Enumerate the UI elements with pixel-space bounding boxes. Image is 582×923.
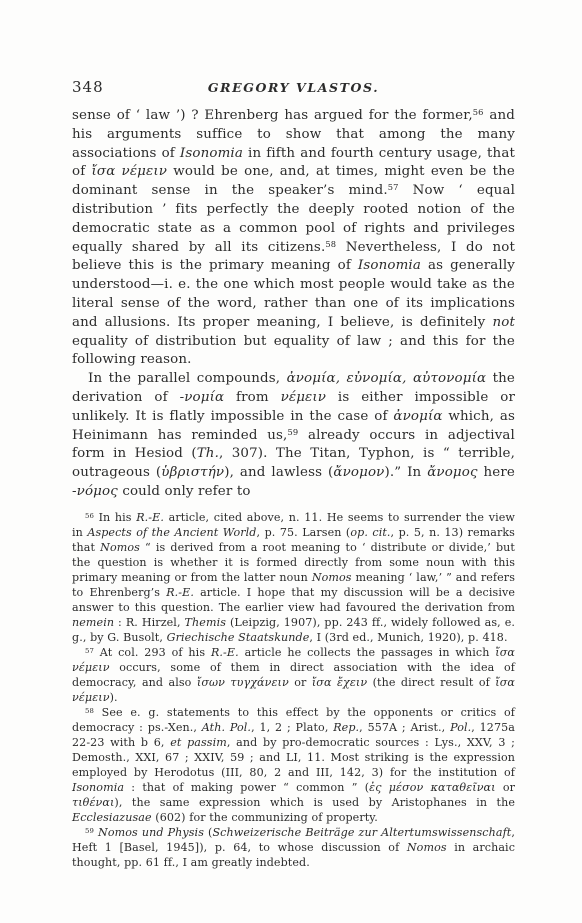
italic-text-segment: Rep.	[333, 721, 359, 734]
italic-text-segment: Isonomia	[358, 258, 421, 273]
footnote-1: 56 In his R.-E. article, cited above, n.…	[72, 510, 515, 645]
italic-text-segment: ἴσα ἔχειν	[312, 676, 367, 689]
footnote-reference: 57	[388, 182, 399, 192]
text-segment: or	[496, 781, 515, 794]
italic-text-segment: Griechische Staatskunde	[167, 631, 310, 644]
italic-text-segment: R.-E.	[136, 511, 164, 524]
footnote-reference: 59	[287, 427, 298, 437]
text-segment: : that of making power “ common ” (	[124, 781, 369, 794]
italic-text-segment: ἄνομον	[333, 465, 384, 480]
text-block: 348 GREGORY VLASTOS. sense of ‘ law ’) ?…	[72, 78, 515, 870]
italic-text-segment: ἴσων τυγχάνειν	[197, 676, 289, 689]
text-segment: , 1, 2 ; Plato,	[251, 721, 333, 734]
text-segment: or	[289, 676, 312, 689]
italic-text-segment: Ath. Pol.	[202, 721, 251, 734]
text-segment: ), the same expression which is used by …	[114, 796, 515, 809]
italic-text-segment: op. cit.	[350, 526, 390, 539]
footnote-reference: 57	[85, 647, 94, 655]
text-segment: here	[478, 465, 515, 480]
text-segment: (602) for the communizing of property.	[152, 811, 378, 824]
footnote-reference: 58	[325, 239, 336, 249]
italic-text-segment: not	[492, 315, 515, 330]
footnote-2: 57 At col. 293 of his R.-E. article he c…	[72, 645, 515, 705]
text-segment: In the parallel compounds,	[88, 371, 287, 386]
italic-text-segment: νέμειν	[281, 390, 327, 405]
italic-text-segment: ἐς μέσον καταθεῖναι	[369, 781, 495, 794]
footnote-3: 58 See e. g. statements to this effect b…	[72, 705, 515, 825]
scanned-paper-page: 348 GREGORY VLASTOS. sense of ‘ law ’) ?…	[0, 0, 582, 923]
text-segment: could only refer to	[118, 484, 251, 499]
italic-text-segment: nemein	[72, 616, 114, 629]
italic-text-segment: ὑβριστήν	[161, 465, 224, 480]
text-segment: ), and lawless (	[224, 465, 333, 480]
italic-text-segment: ἀνομία	[393, 409, 442, 424]
italic-text-segment: et passim	[170, 736, 227, 749]
text-segment: article he collects the passages in whic…	[239, 646, 496, 659]
body-paragraph-2: In the parallel compounds, ἀνομία, εὐνομ…	[72, 370, 515, 502]
footnote-reference: 56	[85, 512, 94, 520]
italic-text-segment: Pol.	[450, 721, 471, 734]
text-segment: : R. Hirzel,	[114, 616, 184, 629]
italic-text-segment: -νομία	[180, 390, 225, 405]
text-segment: , 557A ; Arist.,	[359, 721, 450, 734]
page-header: 348 GREGORY VLASTOS.	[72, 78, 515, 98]
footnote-4: 59 Nomos und Physis (Schweizerische Beit…	[72, 825, 515, 870]
page-number: 348	[72, 78, 104, 96]
text-segment: , I (3rd ed., Munich, 1920), p. 418.	[309, 631, 507, 644]
text-segment: ).	[110, 691, 118, 704]
italic-text-segment: Themis	[185, 616, 226, 629]
text-segment: , p. 75. Larsen (	[257, 526, 351, 539]
italic-text-segment: Nomos	[312, 571, 352, 584]
footnote-reference: 59	[85, 827, 94, 835]
text-segment: (the direct result of	[367, 676, 495, 689]
italic-text-segment: ἀνομία, εὐνομία, αὐτονομία	[287, 371, 487, 386]
italic-text-segment: Schweizerische Beiträge zur Altertumswis…	[212, 826, 511, 839]
italic-text-segment: Aspects of the Ancient World	[87, 526, 256, 539]
text-segment: equality of distribution but equality of…	[72, 334, 515, 368]
italic-text-segment: R.-E.	[166, 586, 194, 599]
text-segment: At col. 293 of his	[94, 646, 211, 659]
italic-text-segment: ἄνομος	[427, 465, 477, 480]
italic-text-segment: Isonomia	[180, 146, 243, 161]
italic-text-segment: R.-E.	[211, 646, 239, 659]
italic-text-segment: Nomos	[407, 841, 447, 854]
italic-text-segment: Th.	[197, 446, 219, 461]
italic-text-segment: Nomos und Physis	[98, 826, 204, 839]
text-segment: ).” In	[384, 465, 427, 480]
text-segment: In his	[94, 511, 136, 524]
body-paragraph-1: sense of ‘ law ’) ? Ehrenberg has argued…	[72, 107, 515, 370]
text-segment: from	[224, 390, 280, 405]
italic-text-segment: ἴσα νέμειν	[92, 164, 168, 179]
italic-text-segment: Isonomia	[72, 781, 124, 794]
text-segment: sense of ‘ law ’) ? Ehrenberg has argued…	[72, 108, 473, 123]
footnote-section: 56 In his R.-E. article, cited above, n.…	[72, 510, 515, 870]
footnote-reference: 56	[473, 107, 484, 117]
running-header-title: GREGORY VLASTOS.	[72, 78, 515, 95]
body-text: sense of ‘ law ’) ? Ehrenberg has argued…	[72, 107, 515, 502]
italic-text-segment: Ecclesiazusae	[72, 811, 152, 824]
italic-text-segment: τιθέναι	[72, 796, 114, 809]
italic-text-segment: -νόμος	[72, 484, 118, 499]
footnote-reference: 58	[85, 707, 94, 715]
italic-text-segment: Nomos	[100, 541, 140, 554]
